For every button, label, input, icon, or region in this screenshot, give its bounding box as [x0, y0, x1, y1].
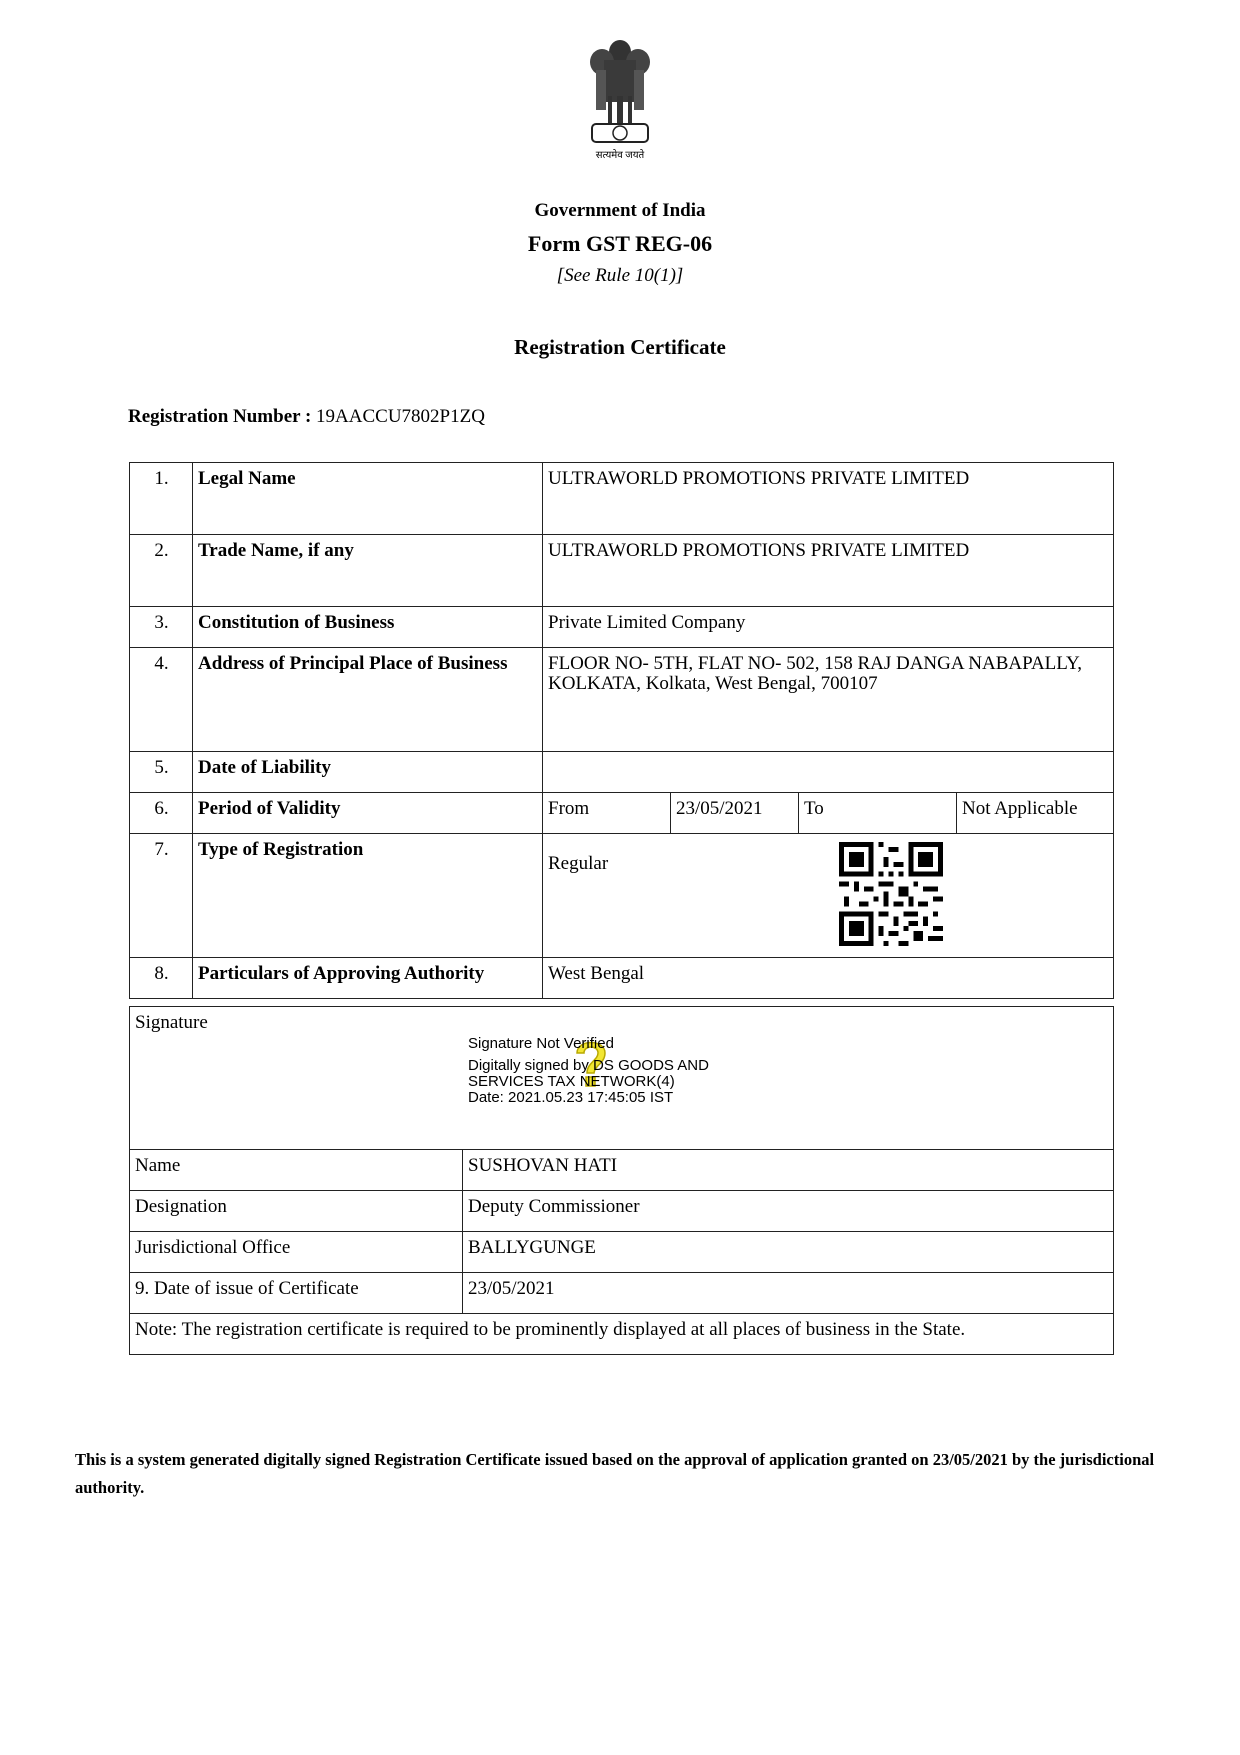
- signature-label: Signature: [135, 1013, 1109, 1033]
- system-generated-footer: This is a system generated digitally sig…: [75, 1446, 1170, 1502]
- signed-by-line1: Digitally signed by DS GOODS AND: [468, 1058, 709, 1074]
- validity-from-label: From: [543, 793, 671, 834]
- row-label: Constitution of Business: [193, 607, 543, 648]
- registration-details-table: 1. Legal Name ULTRAWORLD PROMOTIONS PRIV…: [129, 462, 1114, 999]
- row-value: West Bengal: [543, 958, 1114, 999]
- officer-row: Designation Deputy Commissioner: [130, 1191, 1114, 1232]
- row-number: 5.: [130, 752, 193, 793]
- signed-by-line2: SERVICES TAX NETWORK(4): [468, 1074, 709, 1090]
- government-heading: Government of India: [0, 200, 1240, 222]
- row-number: 8.: [130, 958, 193, 999]
- validity-to-date: Not Applicable: [957, 793, 1114, 834]
- row-label: Type of Registration: [193, 834, 543, 958]
- registration-number-value: 19AACCU7802P1ZQ: [316, 406, 485, 427]
- validity-to-label: To: [799, 793, 957, 834]
- officer-label: Designation: [130, 1191, 463, 1232]
- row-label: Period of Validity: [193, 793, 543, 834]
- table-row: 1. Legal Name ULTRAWORLD PROMOTIONS PRIV…: [130, 463, 1114, 535]
- row-label: Date of Liability: [193, 752, 543, 793]
- registration-number: Registration Number : 19AACCU7802P1ZQ: [128, 406, 485, 428]
- signature-table: Signature Signature Not Verified Digital…: [129, 1006, 1114, 1355]
- registration-type: Regular: [548, 854, 1109, 874]
- table-row: 8. Particulars of Approving Authority We…: [130, 958, 1114, 999]
- row-label: Particulars of Approving Authority: [193, 958, 543, 999]
- row-number: 3.: [130, 607, 193, 648]
- table-row: 3. Constitution of Business Private Limi…: [130, 607, 1114, 648]
- signature-row: Signature Signature Not Verified Digital…: [130, 1007, 1114, 1150]
- row-value-cell: Regular: [543, 834, 1114, 958]
- row-label: Trade Name, if any: [193, 535, 543, 607]
- officer-label: 9. Date of issue of Certificate: [130, 1273, 463, 1314]
- signature-cell: Signature Signature Not Verified Digital…: [130, 1007, 1114, 1150]
- officer-row: Jurisdictional Office BALLYGUNGE: [130, 1232, 1114, 1273]
- officer-label: Jurisdictional Office: [130, 1232, 463, 1273]
- display-note: Note: The registration certificate is re…: [130, 1314, 1114, 1355]
- row-label: Address of Principal Place of Business: [193, 648, 543, 752]
- note-row: Note: The registration certificate is re…: [130, 1314, 1114, 1355]
- row-label: Legal Name: [193, 463, 543, 535]
- national-emblem-icon: सत्यमेव जयते: [582, 36, 658, 162]
- officer-designation: Deputy Commissioner: [463, 1191, 1114, 1232]
- row-number: 1.: [130, 463, 193, 535]
- row-value: Private Limited Company: [543, 607, 1114, 648]
- digital-signature-block: Signature Not Verified Digitally signed …: [468, 1036, 709, 1106]
- certificate-title: Registration Certificate: [0, 335, 1240, 360]
- row-value: [543, 752, 1114, 793]
- signature-status: Signature Not Verified: [468, 1036, 709, 1052]
- table-row: 2. Trade Name, if any ULTRAWORLD PROMOTI…: [130, 535, 1114, 607]
- svg-text:सत्यमेव जयते: सत्यमेव जयते: [596, 149, 645, 161]
- table-row: 7. Type of Registration Regular: [130, 834, 1114, 958]
- row-number: 7.: [130, 834, 193, 958]
- officer-row: Name SUSHOVAN HATI: [130, 1150, 1114, 1191]
- table-row: 6. Period of Validity From 23/05/2021 To…: [130, 793, 1114, 834]
- officer-name: SUSHOVAN HATI: [463, 1150, 1114, 1191]
- issue-date: 23/05/2021: [463, 1273, 1114, 1314]
- qr-code-icon: [839, 842, 943, 946]
- jurisdictional-office: BALLYGUNGE: [463, 1232, 1114, 1273]
- table-row: 5. Date of Liability: [130, 752, 1114, 793]
- rule-reference: [See Rule 10(1)]: [0, 265, 1240, 287]
- table-row: 4. Address of Principal Place of Busines…: [130, 648, 1114, 752]
- row-value: FLOOR NO- 5TH, FLAT NO- 502, 158 RAJ DAN…: [543, 648, 1114, 752]
- row-value: ULTRAWORLD PROMOTIONS PRIVATE LIMITED: [543, 463, 1114, 535]
- form-title: Form GST REG-06: [0, 231, 1240, 257]
- validity-from-date: 23/05/2021: [671, 793, 799, 834]
- row-value: ULTRAWORLD PROMOTIONS PRIVATE LIMITED: [543, 535, 1114, 607]
- registration-number-label: Registration Number :: [128, 406, 311, 427]
- officer-row: 9. Date of issue of Certificate 23/05/20…: [130, 1273, 1114, 1314]
- signature-date: Date: 2021.05.23 17:45:05 IST: [468, 1090, 709, 1106]
- officer-label: Name: [130, 1150, 463, 1191]
- row-number: 4.: [130, 648, 193, 752]
- row-number: 2.: [130, 535, 193, 607]
- row-number: 6.: [130, 793, 193, 834]
